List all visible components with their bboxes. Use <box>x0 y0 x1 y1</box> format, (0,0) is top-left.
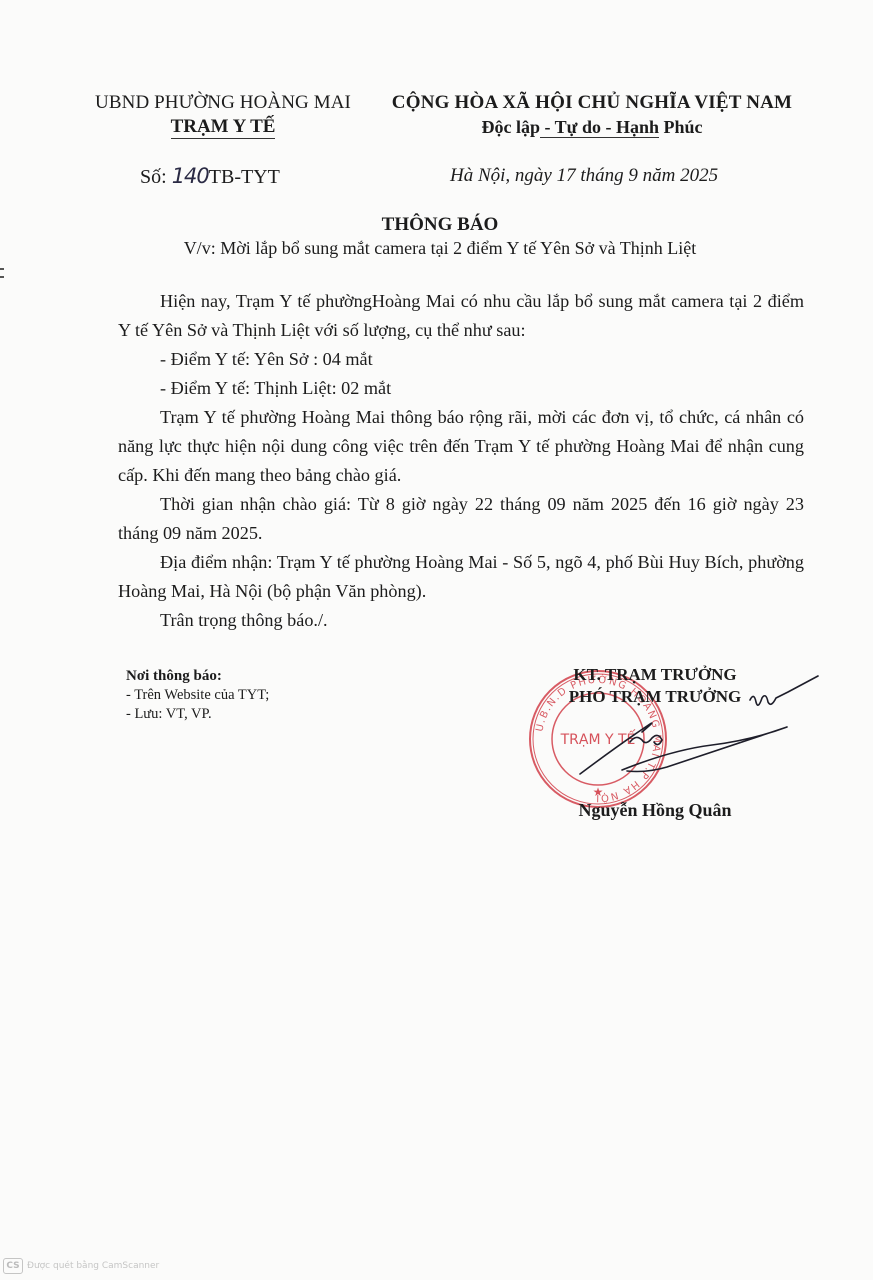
number-prefix: Số: <box>140 166 172 188</box>
scanner-text: Được quét bằng CamScanner <box>27 1261 159 1271</box>
closing-line: Trân trọng thông báo./. <box>118 606 804 635</box>
national-header: CỘNG HÒA XÃ HỘI CHỦ NGHĨA VIỆT NAM Độc l… <box>372 92 812 138</box>
body-paragraph: Thời gian nhận chào giá: Từ 8 giờ ngày 2… <box>118 490 804 548</box>
scan-edge-mark <box>0 276 4 278</box>
document-number: Số: 140TB-TYT <box>140 164 280 189</box>
recipients-block: Nơi thông báo: - Trên Website của TYT; -… <box>126 667 269 724</box>
title-block: THÔNG BÁO V/v: Mời lắp bổ sung mắt camer… <box>150 214 730 259</box>
list-item: - Điểm Y tế: Thịnh Liệt: 02 mắt <box>118 374 804 403</box>
handwritten-signature-icon <box>560 670 830 790</box>
motto-part: Độc lập <box>481 117 540 137</box>
recipients-label: Nơi thông báo: <box>126 667 269 686</box>
unit-name: TRẠM Y TẾ <box>171 116 276 139</box>
agency-name: UBND PHƯỜNG HOÀNG MAI <box>78 92 368 114</box>
body-paragraph: Hiện nay, Trạm Y tế phườngHoàng Mai có n… <box>118 287 804 345</box>
document-body: Hiện nay, Trạm Y tế phườngHoàng Mai có n… <box>118 287 804 635</box>
signer-name: Nguyễn Hồng Quân <box>540 800 770 821</box>
date-line: Hà Nội, ngày 17 tháng 9 năm 2025 <box>450 165 718 187</box>
number-suffix: TB-TYT <box>209 166 280 188</box>
recipient-item: - Lưu: VT, VP. <box>126 705 269 724</box>
body-paragraph: Trạm Y tế phường Hoàng Mai thông báo rộn… <box>118 403 804 490</box>
nation-name: CỘNG HÒA XÃ HỘI CHỦ NGHĨA VIỆT NAM <box>372 92 812 114</box>
scan-edge-mark <box>0 268 4 270</box>
body-paragraph: Địa điểm nhận: Trạm Y tế phường Hoàng Ma… <box>118 548 804 606</box>
motto-part: Phúc <box>659 117 703 137</box>
national-motto: Độc lập - Tự do - Hạnh Phúc <box>372 117 812 138</box>
motto-part-underlined: - Tự do - Hạnh <box>540 117 659 138</box>
document-subject: V/v: Mời lắp bổ sung mắt camera tại 2 đi… <box>150 238 730 259</box>
scanner-watermark: CS Được quét bằng CamScanner <box>3 1258 159 1274</box>
list-item: - Điểm Y tế: Yên Sở : 04 mắt <box>118 345 804 374</box>
issuing-authority: UBND PHƯỜNG HOÀNG MAI TRẠM Y TẾ <box>78 92 368 139</box>
handwritten-number: 140 <box>172 164 209 188</box>
camscanner-logo-icon: CS <box>3 1258 23 1274</box>
document-title: THÔNG BÁO <box>150 214 730 236</box>
recipient-item: - Trên Website của TYT; <box>126 686 269 705</box>
